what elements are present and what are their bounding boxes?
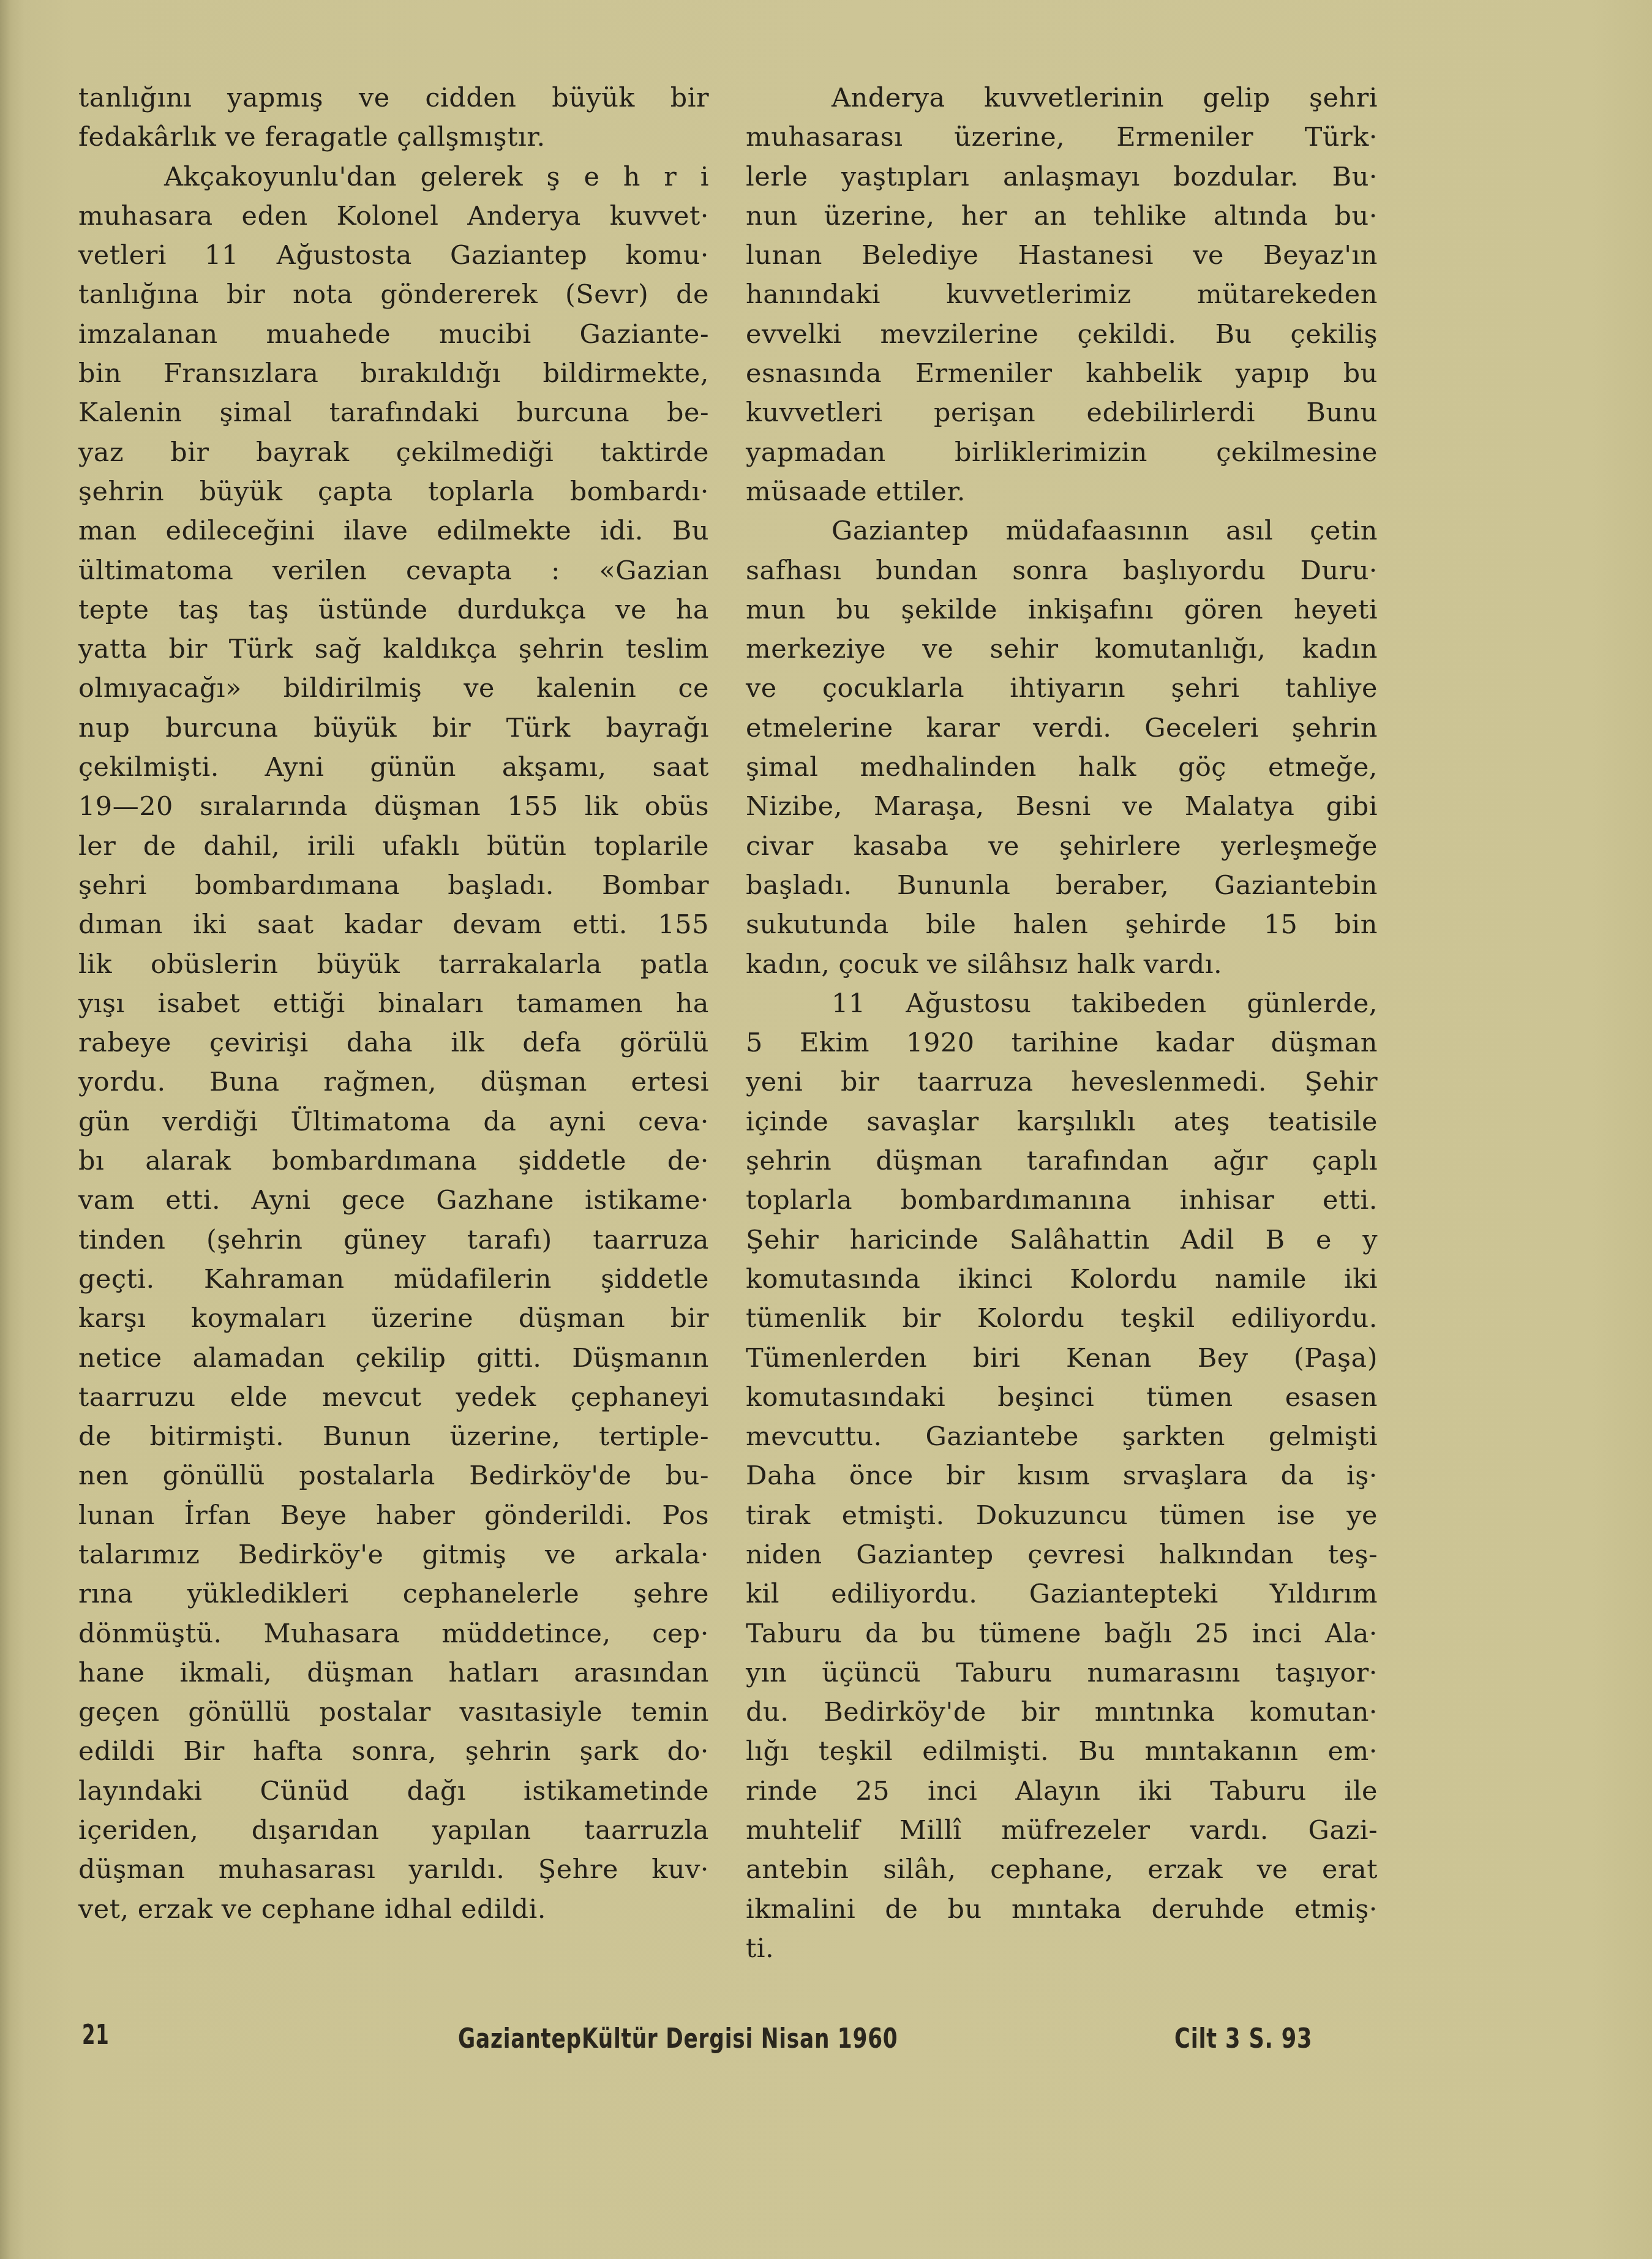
text-line: yatta bir Türk sağ kaldıkça şehrin tesli…	[78, 630, 709, 669]
text-line: vet, erzak ve cephane idhal edildi.	[78, 1890, 709, 1929]
text-line: yeni bir taarruza heveslenmedi. Şehir	[746, 1062, 1378, 1102]
text-line: kil ediliyordu. Gazianteptеki Yıldırım	[746, 1574, 1378, 1614]
text-line: Anderya kuvvetlerinin gelip şehri	[746, 78, 1378, 118]
text-line: başladı. Bununla beraber, Gaziantebin	[746, 866, 1378, 905]
text-line: man edileceğini ilave edilmekte idi. Bu	[78, 511, 709, 551]
text-line: etmelerine karar verdi. Geceleri şehrin	[746, 709, 1378, 748]
text-line: kadın, çocuk ve silâhsız halk vardı.	[746, 945, 1378, 984]
text-line: içinde savaşlar karşılıklı ateş teatisil…	[746, 1102, 1378, 1141]
text-line: niden Gaziantep çevresi halkından teş-	[746, 1535, 1378, 1574]
text-line: tanlığına bir nota göndererek (Sevr) de	[78, 275, 709, 314]
text-line: layındaki Cünüd dağı istikametinde	[78, 1772, 709, 1811]
text-line: tanlığını yapmış ve cidden büyük bir	[78, 78, 709, 118]
text-line: dıman iki saat kadar devam etti. 155	[78, 905, 709, 944]
text-line: şehrin büyük çapta toplarla bombardı·	[78, 472, 709, 511]
journal-title: GaziantepKültür Dergisi Nisan 1960	[458, 2023, 898, 2054]
text-line: komutasında ikinci Kolordu namile iki	[746, 1260, 1378, 1299]
text-line: karşı koymaları üzerine düşman bir	[78, 1299, 709, 1338]
text-line: 11 Ağustosu takibeden günlerde,	[746, 984, 1378, 1023]
text-line: lunan Belediye Hastanesi ve Beyaz'ın	[746, 236, 1378, 275]
text-line: de bitirmişti. Bunun üzerine, tertiple-	[78, 1417, 709, 1456]
text-line: Kalenin şimal tarafındaki burcuna be-	[78, 393, 709, 432]
text-line: Akçakoyunlu'dan gelerek ş e h r i	[78, 157, 709, 197]
text-line: tinden (şehrin güney tarafı) taarruza	[78, 1220, 709, 1260]
text-line: nup burcuna büyük bir Türk bayrağı	[78, 709, 709, 748]
text-line: tümenlik bir Kolordu teşkil ediliyordu.	[746, 1299, 1378, 1338]
text-line: rinde 25 inci Alayın iki Taburu ile	[746, 1772, 1378, 1811]
text-line: bin Fransızlara bırakıldığı bildirmekte,	[78, 354, 709, 393]
text-line: ve çocuklarla ihtiyarın şehri tahliye	[746, 669, 1378, 708]
text-line: şehri bombardımana başladı. Bombar	[78, 866, 709, 905]
text-line: dönmüştü. Muhasara müddetince, cep·	[78, 1614, 709, 1653]
text-line: muhtelif Millî müfrezeler vardı. Gazi-	[746, 1811, 1378, 1850]
scanned-page: tanlığını yapmış ve cidden büyük birfeda…	[0, 0, 1652, 2259]
text-line: yapmadan birliklerimizin çekilmesine	[746, 433, 1378, 472]
text-line: ler de dahil, irili ufaklı bütün toplari…	[78, 827, 709, 866]
text-line: yın üçüncü Taburu numarasını taşıyor·	[746, 1653, 1378, 1693]
text-line: 5 Ekim 1920 tarihine kadar düşman	[746, 1023, 1378, 1062]
text-line: lik obüslerin büyük tarrakalarla patla	[78, 945, 709, 984]
text-line: yışı isabet ettiği binaları tamamen ha	[78, 984, 709, 1023]
text-line: nen gönüllü postalarla Bedirköy'de bu-	[78, 1456, 709, 1495]
text-line: muhasarası üzerine, Ermeniler Türk·	[746, 118, 1378, 157]
text-line: kuvvetleri perişan edebilirlerdi Bunu	[746, 393, 1378, 432]
text-line: lığı teşkil edilmişti. Bu mıntakanın em·	[746, 1732, 1378, 1771]
text-line: nun üzerine, her an tehlike altında bu·	[746, 197, 1378, 236]
text-line: esnasında Ermeniler kahbelik yapıp bu	[746, 354, 1378, 393]
text-line: tirak etmişti. Dokuzuncu tümen ise ye	[746, 1496, 1378, 1535]
page-number: 21	[82, 2020, 109, 2051]
text-line: antebin silâh, cephane, erzak ve erat	[746, 1850, 1378, 1889]
text-line: olmıyacağı» bildirilmiş ve kalenin ce	[78, 669, 709, 708]
text-line: fedakârlık ve feragatle çallşmıştır.	[78, 118, 709, 157]
text-line: geçen gönüllü postalar vasıtasiyle temin	[78, 1693, 709, 1732]
text-line: ikmalini de bu mıntaka deruhde etmiş·	[746, 1890, 1378, 1929]
text-line: Şehir haricinde Salâhattin Adil B e y	[746, 1220, 1378, 1260]
text-line: merkeziye ve sehir komutanlığı, kadın	[746, 630, 1378, 669]
text-line: çekilmişti. Ayni günün akşamı, saat	[78, 748, 709, 787]
right-text-column: Anderya kuvvetlerinin gelip şehrimuhasar…	[746, 78, 1378, 1968]
text-line: du. Bedirköy'de bir mıntınka komutan·	[746, 1693, 1378, 1732]
text-line: şimal medhalinden halk göç etmeğe,	[746, 748, 1378, 787]
text-line: civar kasaba ve şehirlere yerleşmeğe	[746, 827, 1378, 866]
left-text-column: tanlığını yapmış ve cidden büyük birfeda…	[78, 78, 709, 1929]
text-line: hane ikmali, düşman hatları arasından	[78, 1653, 709, 1693]
text-line: Gaziantep müdafaasının asıl çetin	[746, 511, 1378, 551]
issue-number: Cilt 3 S. 93	[1174, 2023, 1312, 2054]
text-line: Tümenlerden biri Kenan Bey (Paşa)	[746, 1339, 1378, 1378]
text-line: Nizibe, Maraşa, Besni ve Malatya gibi	[746, 787, 1378, 826]
text-line: hanındaki kuvvetlerimiz mütarekeden	[746, 275, 1378, 314]
text-line: netice alamadan çekilip gitti. Düşmanın	[78, 1339, 709, 1378]
text-line: taarruzu elde mevcut yedek çephaneyi	[78, 1378, 709, 1417]
text-line: gün verdiği Ültimatoma da ayni ceva·	[78, 1102, 709, 1141]
text-line: tepte taş taş üstünde durdukça ve ha	[78, 590, 709, 630]
text-line: muhasara eden Kolonel Anderya kuvvet·	[78, 197, 709, 236]
text-line: mevcuttu. Gaziantebe şarkten gelmişti	[746, 1417, 1378, 1456]
text-line: toplarla bombardımanına inhisar etti.	[746, 1181, 1378, 1220]
text-line: içeriden, dışarıdan yapılan taarruzla	[78, 1811, 709, 1850]
text-line: talarımız Bedirköy'e gitmiş ve arkala·	[78, 1535, 709, 1574]
text-line: müsaade ettiler.	[746, 472, 1378, 511]
text-line: evvelki mevzilerine çekildi. Bu çekiliş	[746, 315, 1378, 354]
text-line: ti.	[746, 1929, 1378, 1968]
text-line: Taburu da bu tümene bağlı 25 inci Ala·	[746, 1614, 1378, 1653]
text-line: düşman muhasarası yarıldı. Şehre kuv·	[78, 1850, 709, 1889]
text-line: yaz bir bayrak çekilmediği taktirde	[78, 433, 709, 472]
text-line: geçti. Kahraman müdafilerin şiddetle	[78, 1260, 709, 1299]
text-line: bı alarak bombardımana şiddetle de·	[78, 1141, 709, 1181]
text-line: 19—20 sıralarında düşman 155 lik obüs	[78, 787, 709, 826]
text-line: ültimatoma verilen cevapta : «Gazian	[78, 551, 709, 590]
text-line: edildi Bir hafta sonra, şehrin şark do·	[78, 1732, 709, 1771]
text-line: rına yükledikleri cephanelerle şehre	[78, 1574, 709, 1614]
text-line: vam etti. Ayni gece Gazhane istikame·	[78, 1181, 709, 1220]
text-line: sukutunda bile halen şehirde 15 bin	[746, 905, 1378, 944]
text-line: lerle yaştıpları anlaşmayı bozdular. Bu·	[746, 157, 1378, 197]
text-line: şehrin düşman tarafından ağır çaplı	[746, 1141, 1378, 1181]
text-line: Daha önce bir kısım srvaşlara da iş·	[746, 1456, 1378, 1495]
text-line: safhası bundan sonra başlıyordu Duru·	[746, 551, 1378, 590]
text-line: imzalanan muahede mucibi Gaziante-	[78, 315, 709, 354]
text-line: lunan İrfan Beye haber gönderildi. Pos	[78, 1496, 709, 1535]
text-line: vetleri 11 Ağustosta Gaziantep komu·	[78, 236, 709, 275]
text-line: rabeye çevirişi daha ilk defa görülü	[78, 1023, 709, 1062]
text-line: mun bu şekilde inkişafını gören heyeti	[746, 590, 1378, 630]
text-line: yordu. Buna rağmen, düşman ertesi	[78, 1062, 709, 1102]
text-line: komutasındaki beşinci tümen esasen	[746, 1378, 1378, 1417]
page-footer: 21 GaziantepKültür Dergisi Nisan 1960 Ci…	[78, 2020, 1376, 2056]
